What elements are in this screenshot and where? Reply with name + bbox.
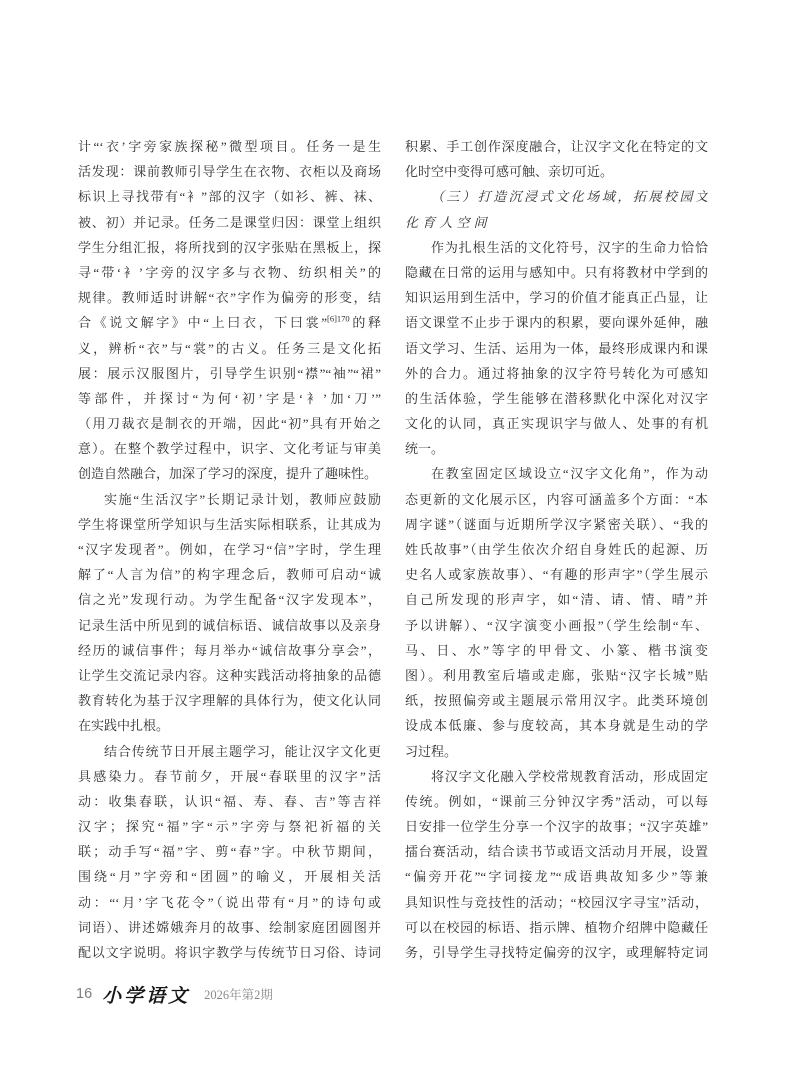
text-line: 史名人或家族故事）、“有趣的形声字”（学生展示 (405, 562, 708, 587)
right-column: 积累、手工创作深度融合，让汉字文化在特定的文化时空中变得可感可触、亲切可近。（三… (405, 134, 708, 965)
text-line: 让学生交流记录内容。这种实践活动将抽象的品德 (78, 663, 381, 688)
text-line: 隐藏在日常的运用与感知中。只有将教材中学到的 (405, 260, 708, 285)
text-line: 在实践中扎根。 (78, 713, 381, 738)
text-line: 等部件，并探讨“为何‘初’字是‘衤’加‘刀’” (78, 386, 381, 411)
text-line: 词语）、讲述嫦娥奔月的故事、绘制家庭团圆图并 (78, 915, 381, 940)
text-line: 计“‘衣’字旁家族探秘”微型项目。任务一是生 (78, 134, 381, 159)
text-line: （三）打造沉浸式文化场域，拓展校园文 (405, 184, 708, 209)
text-line: 围绕“月”字旁和“团圆”的喻义，开展相关活 (78, 864, 381, 889)
text-line: 习过程。 (405, 739, 708, 764)
text-line: 日安排一位学生分享一个汉字的故事；“汉字英雄” (405, 814, 708, 839)
text-line: 予以讲解）、“汉字演变小画报”（学生绘制“车、 (405, 613, 708, 638)
text-line: 语文课堂不止步于课内的积累，要向课外延伸，融 (405, 310, 708, 335)
text-line: 在教室固定区域设立“汉字文化角”，作为动 (405, 461, 708, 486)
text-line: 外的合力。通过将抽象的汉字符号转化为可感知 (405, 361, 708, 386)
text-line: 实施“生活汉字”长期记录计划，教师应鼓励 (78, 487, 381, 512)
text-line: 配以文字说明。将识字教学与传统节日习俗、诗词 (78, 940, 381, 965)
text-line: 的生活体验，学生能够在潜移默化中深化对汉字 (405, 386, 708, 411)
left-column: 计“‘衣’字旁家族探秘”微型项目。任务一是生活发现：课前教师引导学生在衣物、衣柜… (78, 134, 381, 965)
page-footer: 16 小学语文 2026年第2期 (76, 982, 273, 1006)
text-line: 自己所发现的形声字，如“清、请、情、晴”并 (405, 587, 708, 612)
text-line: 学生将课堂所学知识与生活实际相联系，让其成为 (78, 512, 381, 537)
text-line: “汉字发现者”。例如，在学习“信”字时，学生理 (78, 537, 381, 562)
text-line: 被、初）并记录。任务二是课堂归因：课堂上组织 (78, 210, 381, 235)
text-segment: 合《说文解字》中“上曰衣，下曰裳” (78, 315, 327, 330)
text-line: 作为扎根生活的文化符号，汉字的生命力恰恰 (405, 235, 708, 260)
text-line: 传统。例如，“课前三分钟汉字秀”活动，可以每 (405, 789, 708, 814)
text-line: “偏旁开花”“字词接龙”“成语典故知多少”等兼 (405, 864, 708, 889)
text-line: 统一。 (405, 436, 708, 461)
text-line: 意）。在整个教学过程中，识字、文化考证与审美 (78, 436, 381, 461)
text-line: 积累、手工创作深度融合，让汉字文化在特定的文 (405, 134, 708, 159)
text-line: 动：收集春联，认识“福、寿、春、吉”等吉祥 (78, 789, 381, 814)
text-line: 具知识性与竞技性的活动；“校园汉字寻宝”活动， (405, 890, 708, 915)
text-line: 态更新的文化展示区，内容可涵盖多个方面：“本 (405, 487, 708, 512)
text-line: 活发现：课前教师引导学生在衣物、衣柜以及商场 (78, 159, 381, 184)
text-line: 图）。利用教室后墙或走廊，张贴“汉字长城”贴 (405, 663, 708, 688)
page-number: 16 (76, 986, 92, 1002)
text-line: 记录生活中所见到的诚信标语、诚信故事以及亲身 (78, 613, 381, 638)
text-segment: 的释 (350, 315, 381, 330)
text-line: 汉字；探究“福”字“示”字旁与祭祀祈福的关 (78, 814, 381, 839)
text-line: 语文学习、生活、运用为一体，最终形成课内和课 (405, 336, 708, 361)
text-line: 学生分组汇报，将所找到的汉字张贴在黑板上，探 (78, 235, 381, 260)
journal-page: 计“‘衣’字旁家族探秘”微型项目。任务一是生活发现：课前教师引导学生在衣物、衣柜… (0, 0, 800, 1077)
text-line: 动：“‘月’字飞花令”（说出带有“月”的诗句或 (78, 890, 381, 915)
text-line: 周字谜”（谜面与近期所学汉字紧密关联）、“我的 (405, 512, 708, 537)
text-line: 联；动手写“福”字、剪“春”字。中秋节期间， (78, 839, 381, 864)
text-line: 可以在校园的标语、指示牌、植物介绍牌中隐藏任 (405, 915, 708, 940)
text-line: 经历的诚信事件；每月举办“诚信故事分享会”， (78, 638, 381, 663)
text-line: 创造自然融合，加深了学习的深度，提升了趣味性。 (78, 461, 381, 486)
text-line: 解了“人言为信”的构字理念后，教师可启动“诚 (78, 562, 381, 587)
citation-superscript: [6]170 (327, 314, 350, 324)
text-line: 标识上寻找带有“衤”部的汉字（如衫、裤、袜、 (78, 184, 381, 209)
text-line: 合《说文解字》中“上曰衣，下曰裳”[6]170的释 (78, 310, 381, 335)
text-line: 姓氏故事”（由学生依次介绍自身姓氏的起源、历 (405, 537, 708, 562)
text-line: 设成本低廉、参与度较高，其本身就是生动的学 (405, 713, 708, 738)
text-line: 马、日、水”等字的甲骨文、小篆、楷书演变 (405, 638, 708, 663)
text-line: 化时空中变得可感可触、亲切可近。 (405, 159, 708, 184)
journal-logo: 小学语文 (102, 981, 190, 1008)
text-line: 化育人空间 (405, 210, 708, 235)
text-line: 教育转化为基于汉字理解的具体行为，使文化认同 (78, 688, 381, 713)
text-line: （用刀裁衣是制衣的开端，因此“初”具有开始之 (78, 411, 381, 436)
issue-label: 2026年第2期 (204, 985, 273, 1003)
text-line: 将汉字文化融入学校常规教育活动，形成固定 (405, 764, 708, 789)
text-line: 展：展示汉服图片，引导学生识别“襟”“袖”“裙” (78, 361, 381, 386)
text-line: 寻“带‘衤’字旁的汉字多与衣物、纺织相关”的 (78, 260, 381, 285)
text-line: 纸，按照偏旁或主题展示常用汉字。此类环境创 (405, 688, 708, 713)
text-line: 具感染力。春节前夕，开展“春联里的汉字”活 (78, 764, 381, 789)
text-line: 知识运用到生活中，学习的价值才能真正凸显，让 (405, 285, 708, 310)
text-line: 务，引导学生寻找特定偏旁的汉字，或理解特定词 (405, 940, 708, 965)
text-line: 义，辨析“衣”与“裳”的古义。任务三是文化拓 (78, 336, 381, 361)
text-line: 结合传统节日开展主题学习，能让汉字文化更 (78, 739, 381, 764)
text-line: 文化的认同，真正实现识字与做人、处事的有机 (405, 411, 708, 436)
text-line: 规律。教师适时讲解“衣”字作为偏旁的形变，结 (78, 285, 381, 310)
text-line: 信之光”发现行动。为学生配备“汉字发现本”， (78, 587, 381, 612)
text-line: 擂台赛活动，结合读书节或语文活动月开展，设置 (405, 839, 708, 864)
